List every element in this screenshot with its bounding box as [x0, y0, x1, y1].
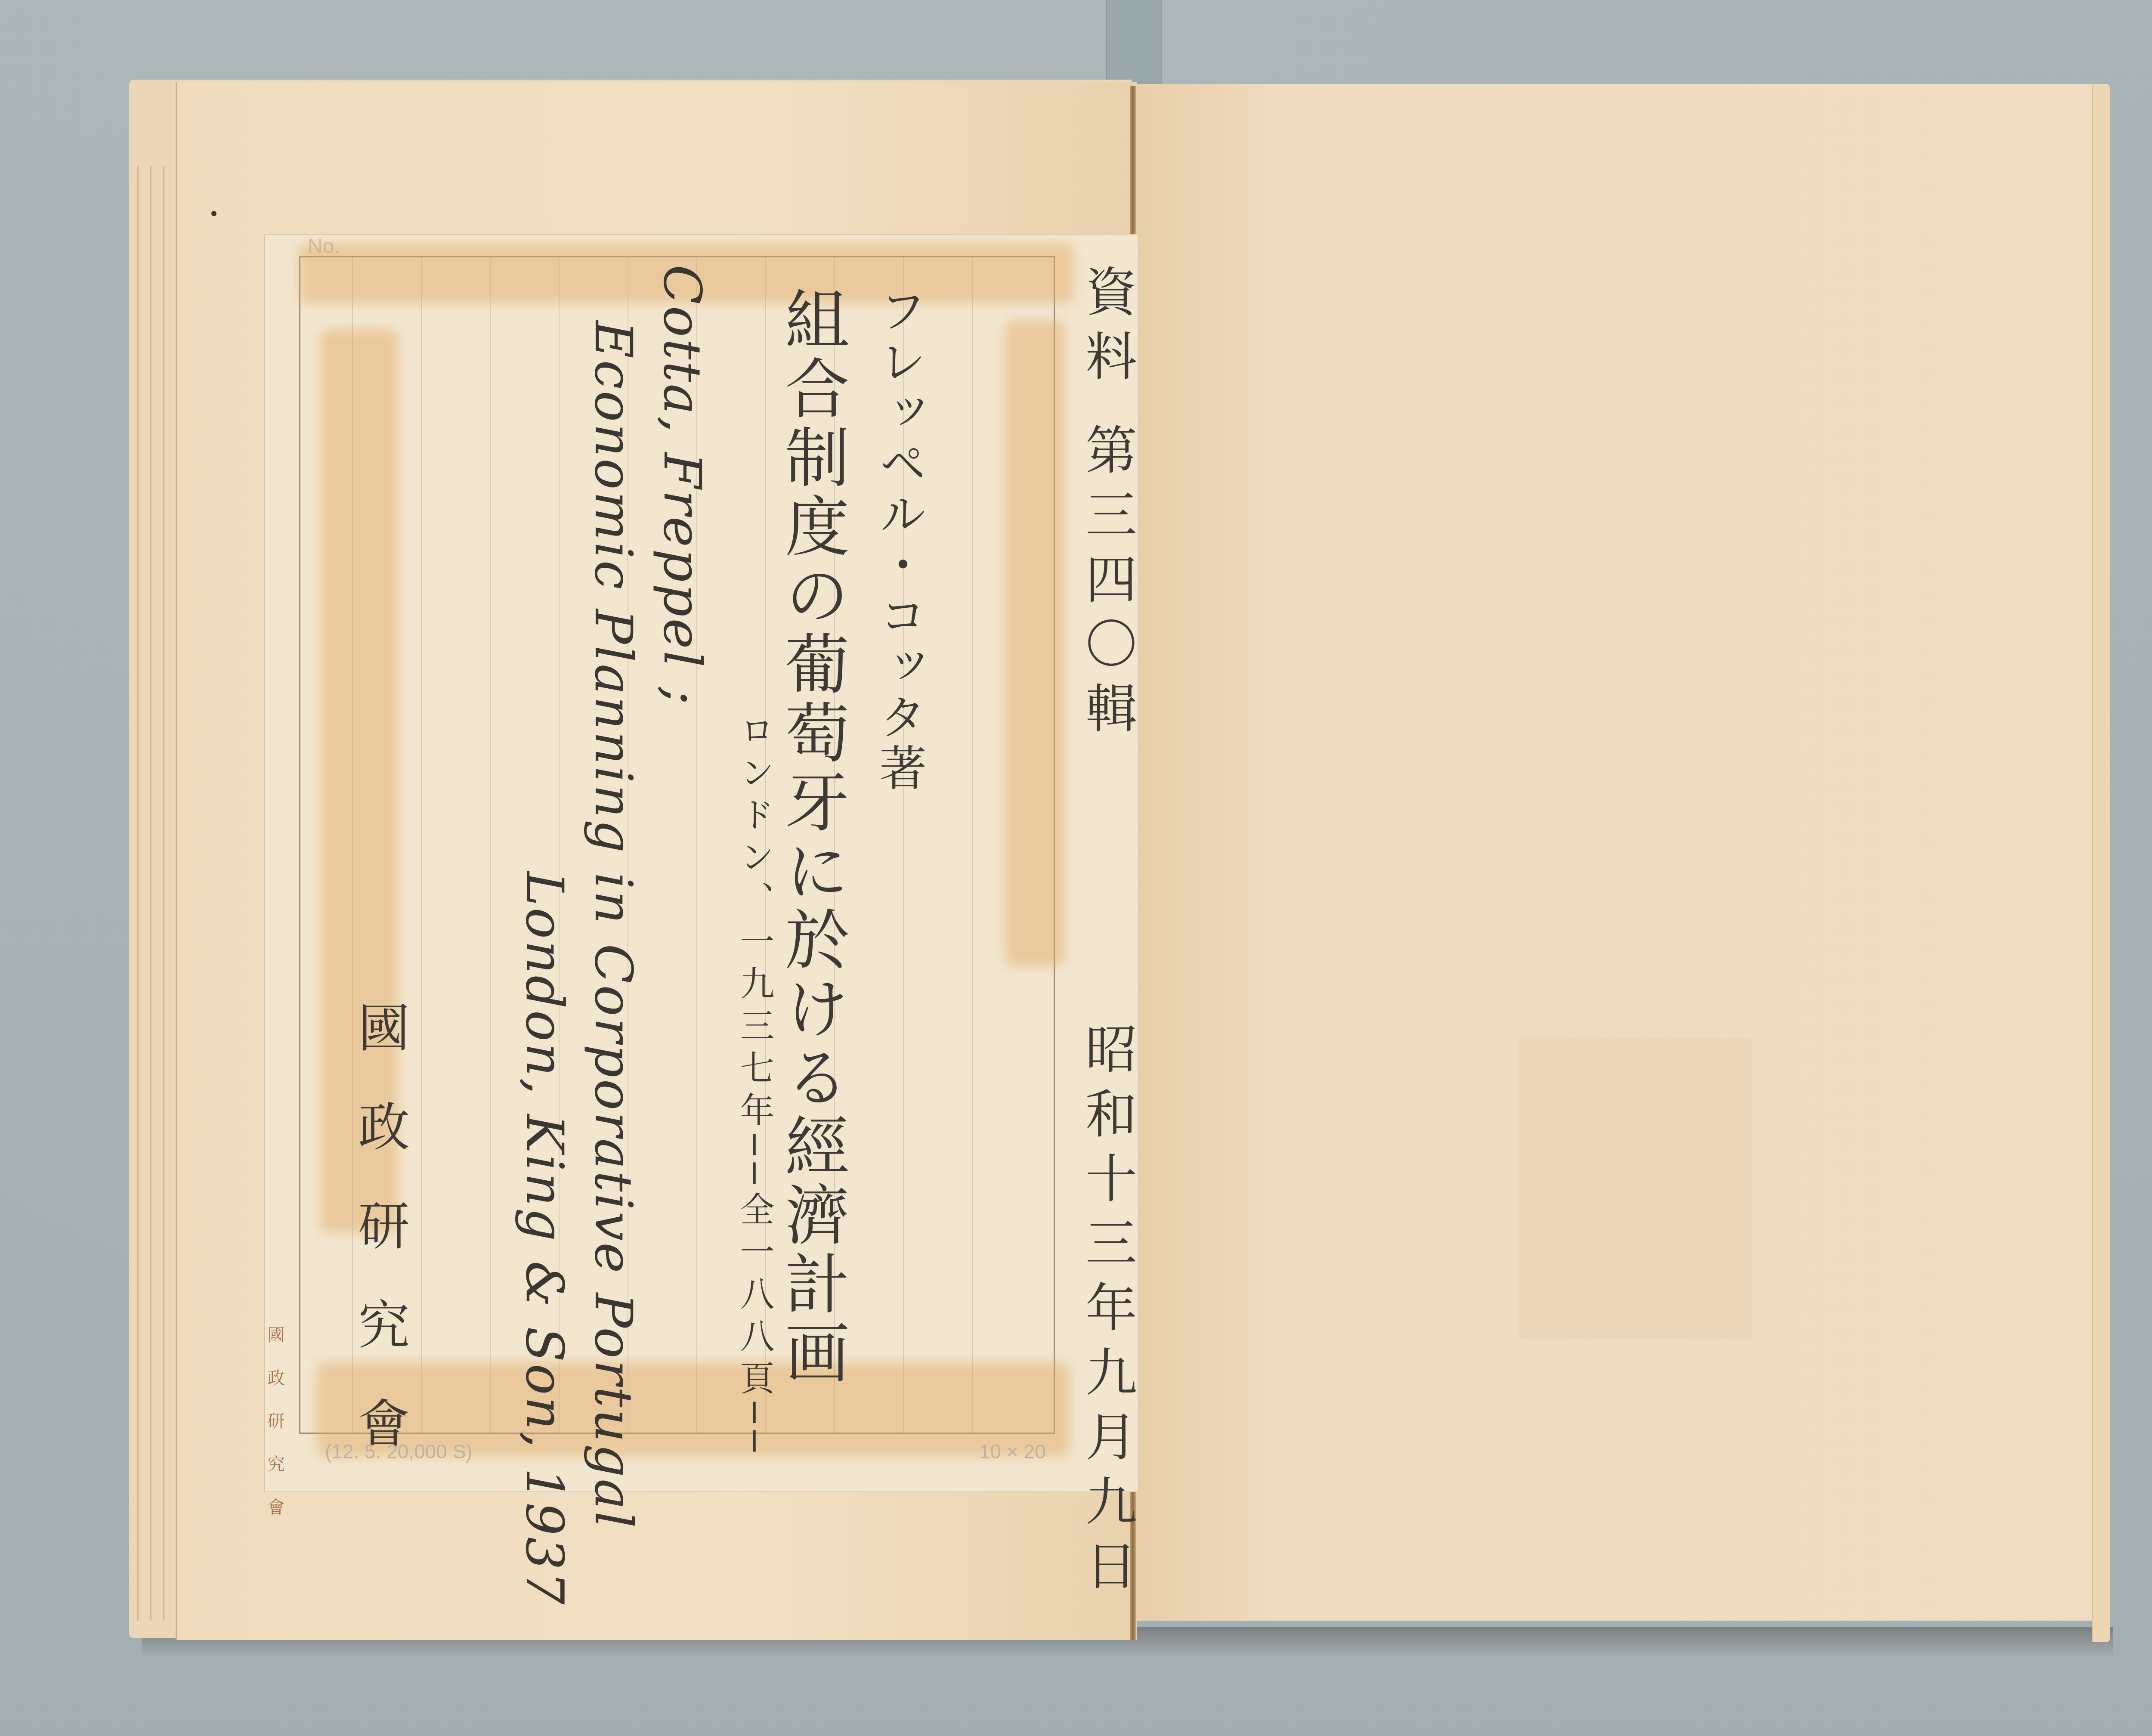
faint-offset-mark	[1519, 1037, 1752, 1339]
title-japanese: 組合制度の葡萄牙に於ける經濟計画	[779, 286, 844, 1388]
right-page	[1136, 84, 2092, 1621]
english-title: Economic Planning in Corporative Portuga…	[583, 321, 643, 1529]
page-edge-line	[137, 166, 139, 1621]
english-author: Cotta, Freppel ;	[652, 265, 712, 706]
author-japanese: フレッペル・コッタ著	[865, 286, 933, 794]
ink-speck	[211, 211, 216, 216]
book-spine-top	[1106, 0, 1162, 90]
pasted-catalog-slip: No. 資料 第三四〇輯 昭和十三年九月九日 フレッペル・コッタ著 組合制度の葡…	[265, 235, 1138, 1492]
page-edge-line	[150, 166, 152, 1621]
english-publisher: London, King & Son, 1937	[514, 872, 574, 1606]
ruled-line	[421, 257, 422, 1433]
water-stain	[1005, 321, 1065, 966]
grid-size-label: 10 × 20	[979, 1440, 1046, 1463]
library-stamp: 國政研究會	[263, 1326, 287, 1541]
series-number: 資料 第三四〇輯	[1070, 265, 1144, 746]
page-edge-line	[163, 166, 164, 1621]
right-page-edge	[2092, 84, 2110, 1642]
ruled-line	[972, 257, 973, 1433]
issue-date: 昭和十三年九月九日	[1070, 1022, 1144, 1603]
form-print-code: (12. 5. 20,000 S)	[325, 1440, 473, 1463]
ruled-line	[490, 257, 491, 1433]
publication-info-japanese: ロンドン、一九三七年──全一八八頁──	[730, 712, 779, 1459]
publisher-name: 國政研究會	[342, 1001, 416, 1496]
